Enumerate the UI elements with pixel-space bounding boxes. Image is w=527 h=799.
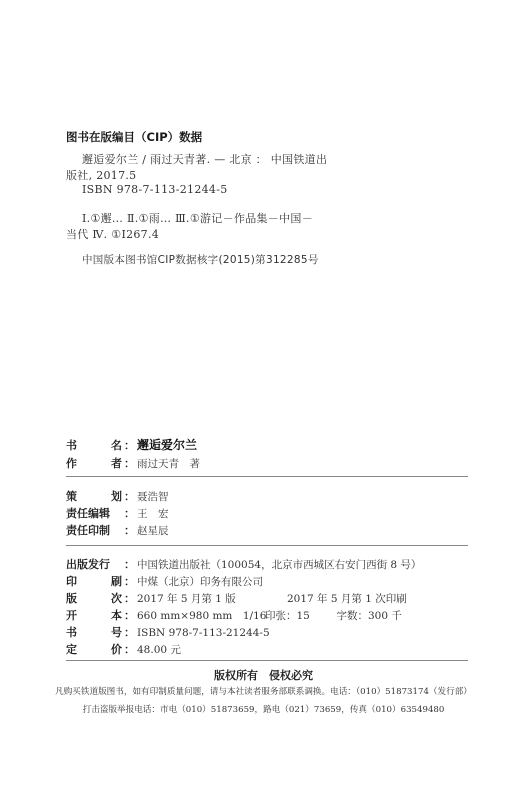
- planner-row: 策划 ： 聂浩智: [66, 488, 169, 504]
- divider-3: [66, 660, 468, 661]
- price-value: 48.00 元: [137, 642, 181, 657]
- cip-record-number: 中国版本图书馆CIP数据核字(2015)第312285号: [82, 252, 319, 267]
- printer-value: 中煤（北京）印务有限公司: [137, 574, 263, 589]
- colon: ：: [124, 505, 135, 521]
- format-row: 开本 ： 660 mm×980 mm 1/16 印张 ： 15 字数 ： 300…: [66, 607, 402, 623]
- divider-1: [66, 476, 468, 477]
- planner-label: 策划: [66, 488, 122, 504]
- printing-value: 2017 年 5 月第 1 次印刷: [287, 591, 407, 606]
- rights-notice: 版权所有 侵权必究: [0, 667, 527, 683]
- colon: ：: [124, 573, 135, 589]
- isbn-value: ISBN 978-7-113-21244-5: [137, 627, 270, 639]
- colon: ：: [124, 607, 135, 623]
- cip-isbn: ISBN 978-7-113-21244-5: [82, 183, 228, 196]
- price-row: 定价 ： 48.00 元: [66, 641, 181, 657]
- printer-label: 印刷: [66, 573, 122, 589]
- edition-value: 2017 年 5 月第 1 版: [137, 591, 287, 606]
- colon: ：: [124, 641, 135, 657]
- quality-notice: 凡购买铁道版图书，如有印制质量问题，请与本社读者服务部联系调换。电话：（010）…: [0, 685, 527, 697]
- printer-row: 印刷 ： 中煤（北京）印务有限公司: [66, 573, 263, 589]
- isbn-label: 书号: [66, 624, 122, 640]
- colon: ：: [124, 437, 135, 453]
- colon: ：: [124, 522, 135, 538]
- sheets-label: 印张: [265, 608, 286, 623]
- publisher-value: 中国铁道出版社（100054，北京市西城区右安门西街 8 号）: [137, 557, 421, 572]
- sheets-value: 15: [297, 610, 337, 622]
- book-title-value: 邂逅爱尔兰: [137, 436, 197, 453]
- isbn-row: 书号 ： ISBN 978-7-113-21244-5: [66, 624, 270, 640]
- cip-title: 图书在版编目（CIP）数据: [66, 129, 202, 145]
- editor-label: 责任编辑: [66, 505, 122, 521]
- edition-row: 版次 ： 2017 年 5 月第 1 版 2017 年 5 月第 1 次印刷: [66, 590, 407, 606]
- cip-classification-2: 当代 Ⅳ. ①I267.4: [66, 226, 159, 242]
- divider-2: [66, 545, 468, 546]
- colon: ：: [124, 624, 135, 640]
- book-title-label: 书名: [66, 437, 122, 453]
- cip-classification-1: Ⅰ.①邂… Ⅱ.①雨… Ⅲ.①游记－作品集－中国－: [82, 210, 313, 226]
- planner-value: 聂浩智: [137, 489, 169, 504]
- author-value: 雨过天青 著: [137, 456, 200, 471]
- words-value: 300 千: [368, 608, 402, 623]
- words-label: 字数: [337, 608, 358, 623]
- colon: ：: [358, 608, 369, 623]
- colon: ：: [124, 590, 135, 606]
- format-value: 660 mm×980 mm 1/16: [137, 608, 265, 623]
- author-label: 作者: [66, 455, 122, 471]
- printing-supervisor-value: 赵星辰: [137, 523, 169, 538]
- editor-row: 责任编辑 ： 王 宏: [66, 505, 169, 521]
- cip-line-1: 邂逅爱尔兰 / 雨过天青著. — 北京 ： 中国铁道出: [82, 151, 327, 167]
- piracy-hotline: 打击盗版举报电话：市电（010）51873659，路电（021）73659，传真…: [0, 703, 527, 715]
- colon: ：: [286, 608, 297, 623]
- format-label: 开本: [66, 607, 122, 623]
- colon: ：: [124, 488, 135, 504]
- printing-supervisor-row: 责任印制 ： 赵星辰: [66, 522, 169, 538]
- printing-supervisor-label: 责任印制: [66, 522, 122, 538]
- author-row: 作者 ： 雨过天青 著: [66, 455, 200, 471]
- publisher-row: 出版发行 ： 中国铁道出版社（100054，北京市西城区右安门西街 8 号）: [66, 556, 421, 572]
- publisher-label: 出版发行: [66, 556, 122, 572]
- colon: ：: [124, 455, 135, 471]
- edition-label: 版次: [66, 590, 122, 606]
- colon: ：: [124, 556, 135, 572]
- price-label: 定价: [66, 641, 122, 657]
- book-title-row: 书名 ： 邂逅爱尔兰: [66, 436, 197, 453]
- editor-value: 王 宏: [137, 506, 169, 521]
- cip-line-2: 版社, 2017.5: [66, 167, 136, 183]
